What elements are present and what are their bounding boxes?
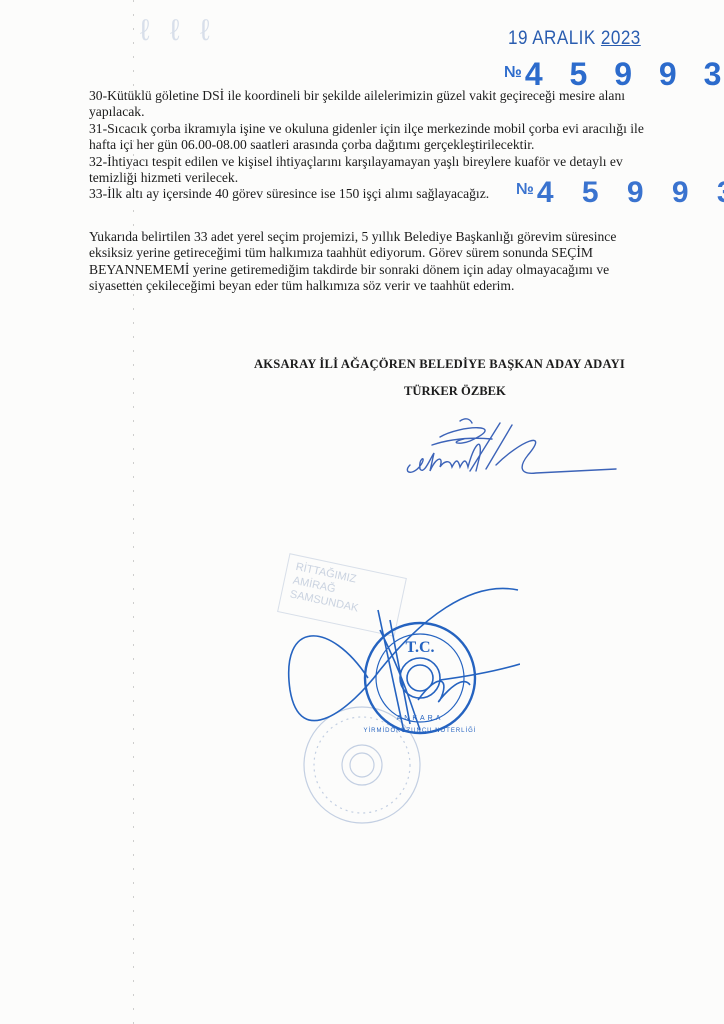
date-stamp: 19 ARALIK 2023 xyxy=(508,28,641,50)
pledge-paragraph: Yukarıda belirtilen 33 adet yerel seçim … xyxy=(89,229,649,295)
handwritten-signature xyxy=(400,415,630,485)
number-value: 4 5 9 9 3 xyxy=(537,176,724,209)
notary-seal: T.C. ANKARA YİRMİDOKUZUNCU NOTERLİĞİ xyxy=(270,560,520,750)
signatory-name: TÜRKER ÖZBEK xyxy=(404,384,506,399)
item-31: 31-Sıcacık çorba ikramıyla işine ve okul… xyxy=(89,121,649,154)
document-page: ℓ ℓ ℓ 19 ARALIK 2023 №4 5 9 9 3 30-Kütük… xyxy=(0,0,724,1024)
number-stamp-secondary: №4 5 9 9 3 xyxy=(516,176,724,210)
seal-top-text: T.C. xyxy=(405,639,434,656)
item-30: 30-Kütüklü göletine DSİ ile koordineli b… xyxy=(89,88,649,121)
faded-handwriting: ℓ ℓ ℓ xyxy=(140,14,216,48)
signatory-title: AKSARAY İLİ AĞAÇÖREN BELEDİYE BAŞKAN ADA… xyxy=(254,357,625,372)
number-value: 4 5 9 9 3 xyxy=(525,56,724,92)
number-prefix: № xyxy=(504,64,521,81)
date-year: 2023 xyxy=(601,28,641,49)
date-day: 19 xyxy=(508,28,528,49)
date-month: ARALIK xyxy=(532,28,596,49)
number-prefix: № xyxy=(516,181,533,198)
seal-ring-text: YİRMİDOKUZUNCU NOTERLİĞİ xyxy=(363,727,476,734)
pledge-paragraph-block: Yukarıda belirtilen 33 adet yerel seçim … xyxy=(89,229,649,295)
seal-bottom-text: ANKARA xyxy=(397,715,444,722)
